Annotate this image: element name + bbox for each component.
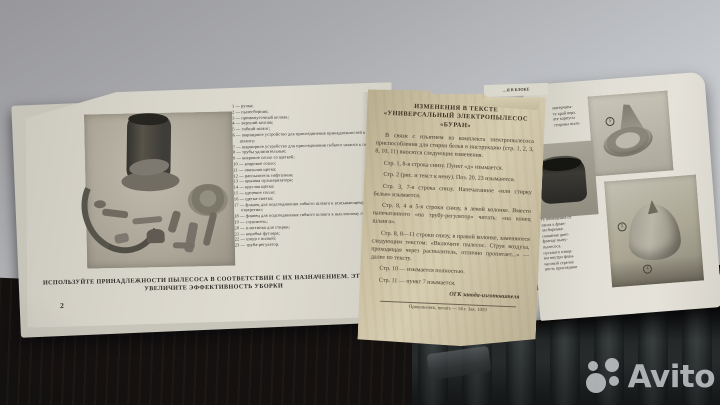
- marketplace-photo: 1 — ручка;2 — пылесборник;3 — промежуточ…: [0, 0, 720, 405]
- avito-watermark: Avito: [586, 358, 715, 395]
- part-label-circle: 4: [643, 264, 653, 274]
- vacuum-parts-photo: [84, 111, 235, 268]
- hidden-page-fragment: …Я В БЛОКЕ: [484, 83, 548, 97]
- avito-circle: [586, 373, 606, 393]
- page-number: 2: [60, 301, 64, 310]
- part-label-circle: 5: [605, 117, 615, 127]
- errata-slip: ИЗМЕНЕНИЯ В ТЕКСТЕ «УНИВЕРСАЛЬНЫЙ ЭЛЕКТР…: [357, 88, 545, 349]
- slip-paragraph: Стр. 8, 4 и 5-я строки снизу, в левой ко…: [372, 202, 531, 233]
- booklet-right-page: матерчаты-те край верх.ате корпусысторон…: [523, 72, 720, 321]
- slip-paragraph: В связи с изъятием из комплекта электроп…: [375, 132, 534, 163]
- text-fragments-bottom: ть помещение отланга к флан-лесборнике.с…: [541, 212, 603, 272]
- dome-part-photo: 5 4: [604, 175, 704, 288]
- disc-part-illustration: [188, 184, 229, 217]
- avito-circle: [609, 376, 619, 386]
- cone-part-photo: 5: [588, 91, 674, 177]
- slip-body: В связи с изъятием из комплекта электроп…: [370, 132, 534, 291]
- small-part-illustration: [203, 212, 218, 247]
- slip-imprint: Прокопьевск, печать — 56 г. Зак. 1059: [380, 300, 516, 314]
- booklet-left-page: 1 — ручка;2 — пылесборник;3 — промежуточ…: [20, 82, 397, 328]
- avito-circle: [588, 361, 598, 371]
- slip-paragraph: Стр. 8, 8—11 строки снизу, в правой коло…: [371, 229, 530, 268]
- small-part-illustration: [167, 210, 181, 233]
- small-part-illustration: [173, 242, 195, 249]
- page-caption: ИСПОЛЬЗУЙТЕ ПРИНАДЛЕЖНОСТИ ПЫЛЕСОСА В СО…: [40, 272, 388, 294]
- cone-ring-drawing: [600, 122, 655, 162]
- avito-circle: [605, 358, 619, 372]
- slip-signature: ОГК завода-изготовителя: [369, 288, 527, 301]
- small-part-illustration: [146, 229, 164, 243]
- dome-part-drawing: [626, 202, 682, 262]
- part-label-circle: 5: [617, 222, 627, 232]
- dust-bin-drawing: [538, 159, 587, 204]
- avito-wordmark: Avito: [628, 359, 715, 395]
- avito-logo-icon: [586, 358, 622, 395]
- slip-paragraph: Стр. 3, 7-я строка снизу. Напечатанное «…: [373, 182, 532, 205]
